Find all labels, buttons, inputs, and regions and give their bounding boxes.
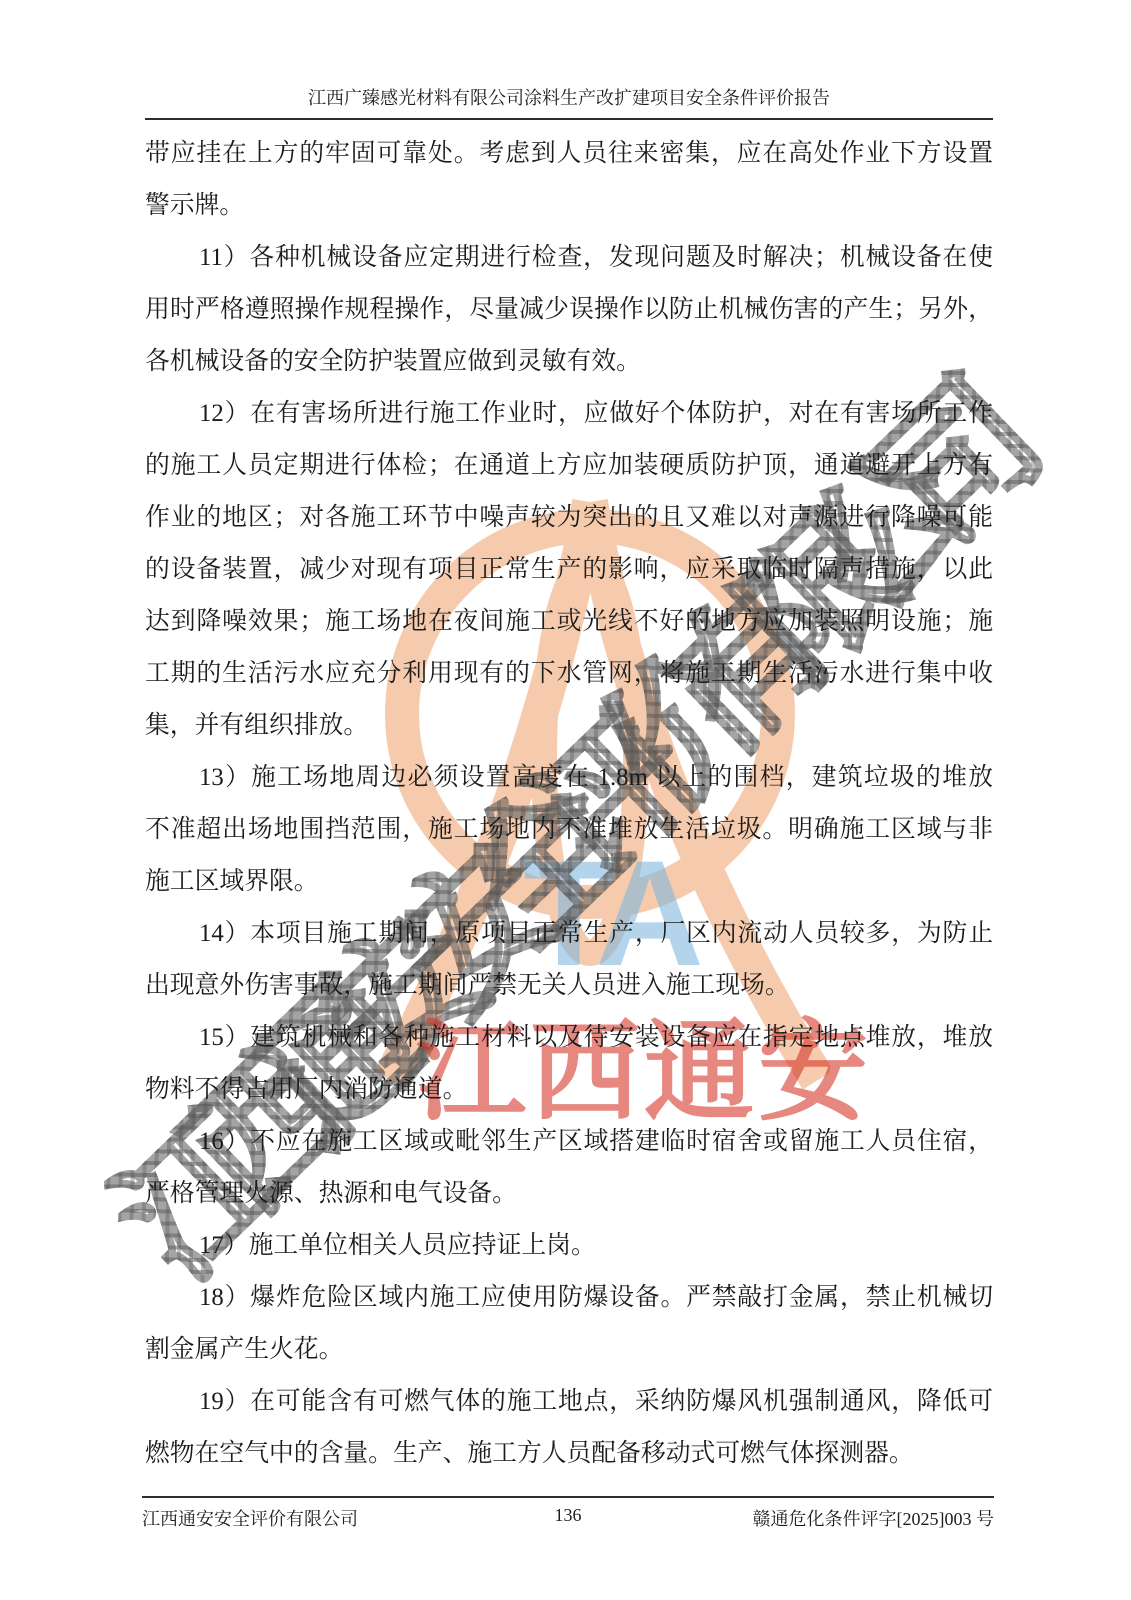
body-text-line: 集，并有组织排放。 bbox=[145, 700, 993, 752]
page-footer: 江西通安安全评价有限公司 136 赣通危化条件评字[2025]003 号 bbox=[142, 1496, 994, 1531]
body-text-line: 18）爆炸危险区域内施工应使用防爆设备。严禁敲打金属，禁止机械切 bbox=[145, 1272, 993, 1324]
body-text-line: 施工区域界限。 bbox=[145, 856, 993, 908]
document-page: TA 江西通安安全评价有限公司 江西通安 江西广臻感光材料有限公司涂料生产改扩建… bbox=[0, 0, 1131, 1600]
body-text-line: 14）本项目施工期间，原项目正常生产，厂区内流动人员较多，为防止 bbox=[145, 908, 993, 960]
body-text-line: 的设备装置，减少对现有项目正常生产的影响，应采取临时隔声措施，以此 bbox=[145, 544, 993, 596]
body-text-line: 16）不应在施工区域或毗邻生产区域搭建临时宿舍或留施工人员住宿， bbox=[145, 1116, 993, 1168]
body-text-line: 工期的生活污水应充分利用现有的下水管网，将施工期生活污水进行集中收 bbox=[145, 648, 993, 700]
body-text-line: 用时严格遵照操作规程操作，尽量减少误操作以防止机械伤害的产生；另外， bbox=[145, 284, 993, 336]
body-text-line: 严格管理火源、热源和电气设备。 bbox=[145, 1168, 993, 1220]
body-text-line: 警示牌。 bbox=[145, 180, 993, 232]
body-text-line: 13）施工场地周边必须设置高度在 1.8m 以上的围档，建筑垃圾的堆放 bbox=[145, 752, 993, 804]
document-text-layer: 江西广臻感光材料有限公司涂料生产改扩建项目安全条件评价报告 带应挂在上方的牢固可… bbox=[0, 0, 1131, 1600]
body-text-line: 出现意外伤害事故，施工期间严禁无关人员进入施工现场。 bbox=[145, 960, 993, 1012]
body-text-line: 割金属产生火花。 bbox=[145, 1324, 993, 1376]
page-header-title: 江西广臻感光材料有限公司涂料生产改扩建项目安全条件评价报告 bbox=[145, 84, 993, 120]
body-text-line: 12）在有害场所进行施工作业时，应做好个体防护，对在有害场所工作 bbox=[145, 388, 993, 440]
footer-page-number: 136 bbox=[142, 1505, 994, 1526]
body-text-line: 11）各种机械设备应定期进行检查，发现问题及时解决；机械设备在使 bbox=[145, 232, 993, 284]
body-text-line: 作业的地区；对各施工环节中噪声较为突出的且又难以对声源进行降噪可能 bbox=[145, 492, 993, 544]
body-text-line: 不准超出场地围挡范围，施工场地内不准堆放生活垃圾。明确施工区域与非 bbox=[145, 804, 993, 856]
body-text-line: 的施工人员定期进行体检；在通道上方应加装硬质防护顶，通道避开上方有 bbox=[145, 440, 993, 492]
body-text-line: 燃物在空气中的含量。生产、施工方人员配备移动式可燃气体探测器。 bbox=[145, 1428, 993, 1480]
body-text-line: 17）施工单位相关人员应持证上岗。 bbox=[145, 1220, 993, 1272]
body-text-line: 各机械设备的安全防护装置应做到灵敏有效。 bbox=[145, 336, 993, 388]
body-text-line: 15）建筑机械和各种施工材料以及待安装设备应在指定地点堆放，堆放 bbox=[145, 1012, 993, 1064]
body-text-line: 物料不得占用厂内消防通道。 bbox=[145, 1064, 993, 1116]
body-text-line: 19）在可能含有可燃气体的施工地点，采纳防爆风机强制通风，降低可 bbox=[145, 1376, 993, 1428]
body-content: 带应挂在上方的牢固可靠处。考虑到人员往来密集，应在高处作业下方设置 警示牌。 1… bbox=[145, 128, 993, 1480]
body-text-line: 达到降噪效果；施工场地在夜间施工或光线不好的地方应加装照明设施；施 bbox=[145, 596, 993, 648]
body-text-line: 带应挂在上方的牢固可靠处。考虑到人员往来密集，应在高处作业下方设置 bbox=[145, 128, 993, 180]
